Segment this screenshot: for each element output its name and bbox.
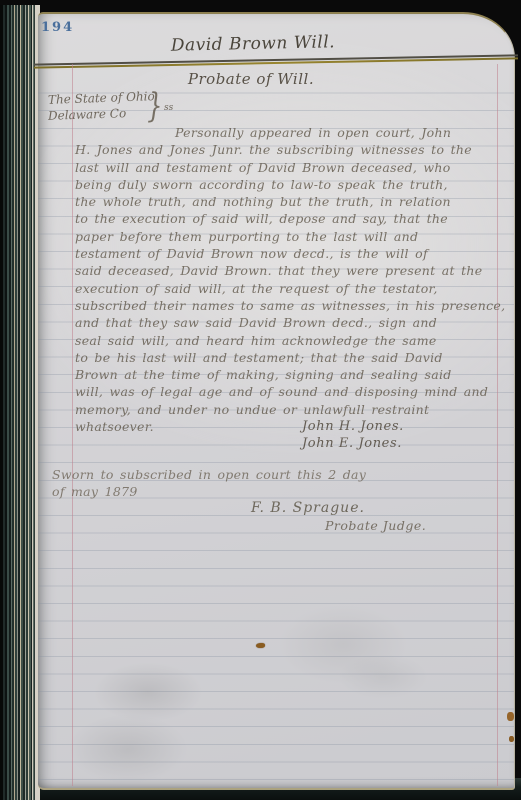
handwritten-line: seal said will, and heard him acknowledg… bbox=[75, 332, 499, 349]
venue-brace: } bbox=[147, 86, 162, 126]
page-title: David Brown Will. bbox=[138, 32, 368, 57]
handwritten-line: memory, and under no undue or unlawfull … bbox=[75, 401, 499, 418]
attestation-line: of may 1879 bbox=[52, 483, 366, 500]
handwritten-line: to the execution of said will, depose an… bbox=[75, 210, 499, 227]
venue-ss-abbreviation: ss bbox=[164, 103, 173, 113]
document-heading: Probate of Will. bbox=[126, 70, 376, 88]
venue-block: The State of Ohio Delaware Co } ss bbox=[48, 90, 155, 122]
left-margin-line bbox=[72, 64, 73, 786]
handwritten-line: being duly sworn according to law-to spe… bbox=[75, 176, 499, 193]
venue-county: Delaware Co bbox=[48, 104, 155, 124]
handwritten-line: subscribed their names to same as witnes… bbox=[75, 297, 499, 314]
handwritten-line: paper before them purporting to the last… bbox=[75, 228, 499, 245]
attestation-line: Sworn to subscribed in open court this 2… bbox=[52, 466, 366, 483]
handwritten-line: Brown at the time of making, signing and… bbox=[75, 366, 499, 383]
page-number: 194 bbox=[41, 20, 74, 35]
handwritten-line: will, was of legal age and of sound and … bbox=[75, 383, 499, 400]
handwritten-line: and that they saw said David Brown decd.… bbox=[75, 314, 499, 331]
handwritten-line: the whole truth, and nothing but the tru… bbox=[75, 193, 499, 210]
handwritten-line: last will and testament of David Brown d… bbox=[75, 159, 499, 176]
deposition-text: Personally appeared in open court, JohnH… bbox=[75, 124, 499, 435]
ledger-page: 194 David Brown Will. Probate of Will. T… bbox=[38, 12, 515, 790]
witness-signature: John E. Jones. bbox=[302, 436, 404, 453]
handwritten-line: H. Jones and Jones Junr. the subscribing… bbox=[75, 141, 499, 158]
handwritten-line: said deceased, David Brown. that they we… bbox=[75, 262, 499, 279]
witness-signatures: John H. Jones.John E. Jones. bbox=[302, 419, 404, 452]
page-edges-binding bbox=[0, 5, 40, 800]
judge-signature: F. B. Sprague. bbox=[251, 500, 365, 516]
witness-signature: John H. Jones. bbox=[302, 419, 404, 436]
handwritten-line: execution of said will, at the request o… bbox=[75, 280, 499, 297]
attestation: Sworn to subscribed in open court this 2… bbox=[52, 466, 366, 500]
handwritten-line: Personally appeared in open court, John bbox=[75, 124, 499, 141]
handwritten-line: testament of David Brown now decd., is t… bbox=[75, 245, 499, 262]
handwritten-line: whatsoever. bbox=[75, 418, 499, 435]
handwritten-line: to be his last will and testament; that … bbox=[75, 349, 499, 366]
judge-title: Probate Judge. bbox=[325, 518, 426, 533]
ledger-book-photo: 194 David Brown Will. Probate of Will. T… bbox=[0, 0, 521, 800]
